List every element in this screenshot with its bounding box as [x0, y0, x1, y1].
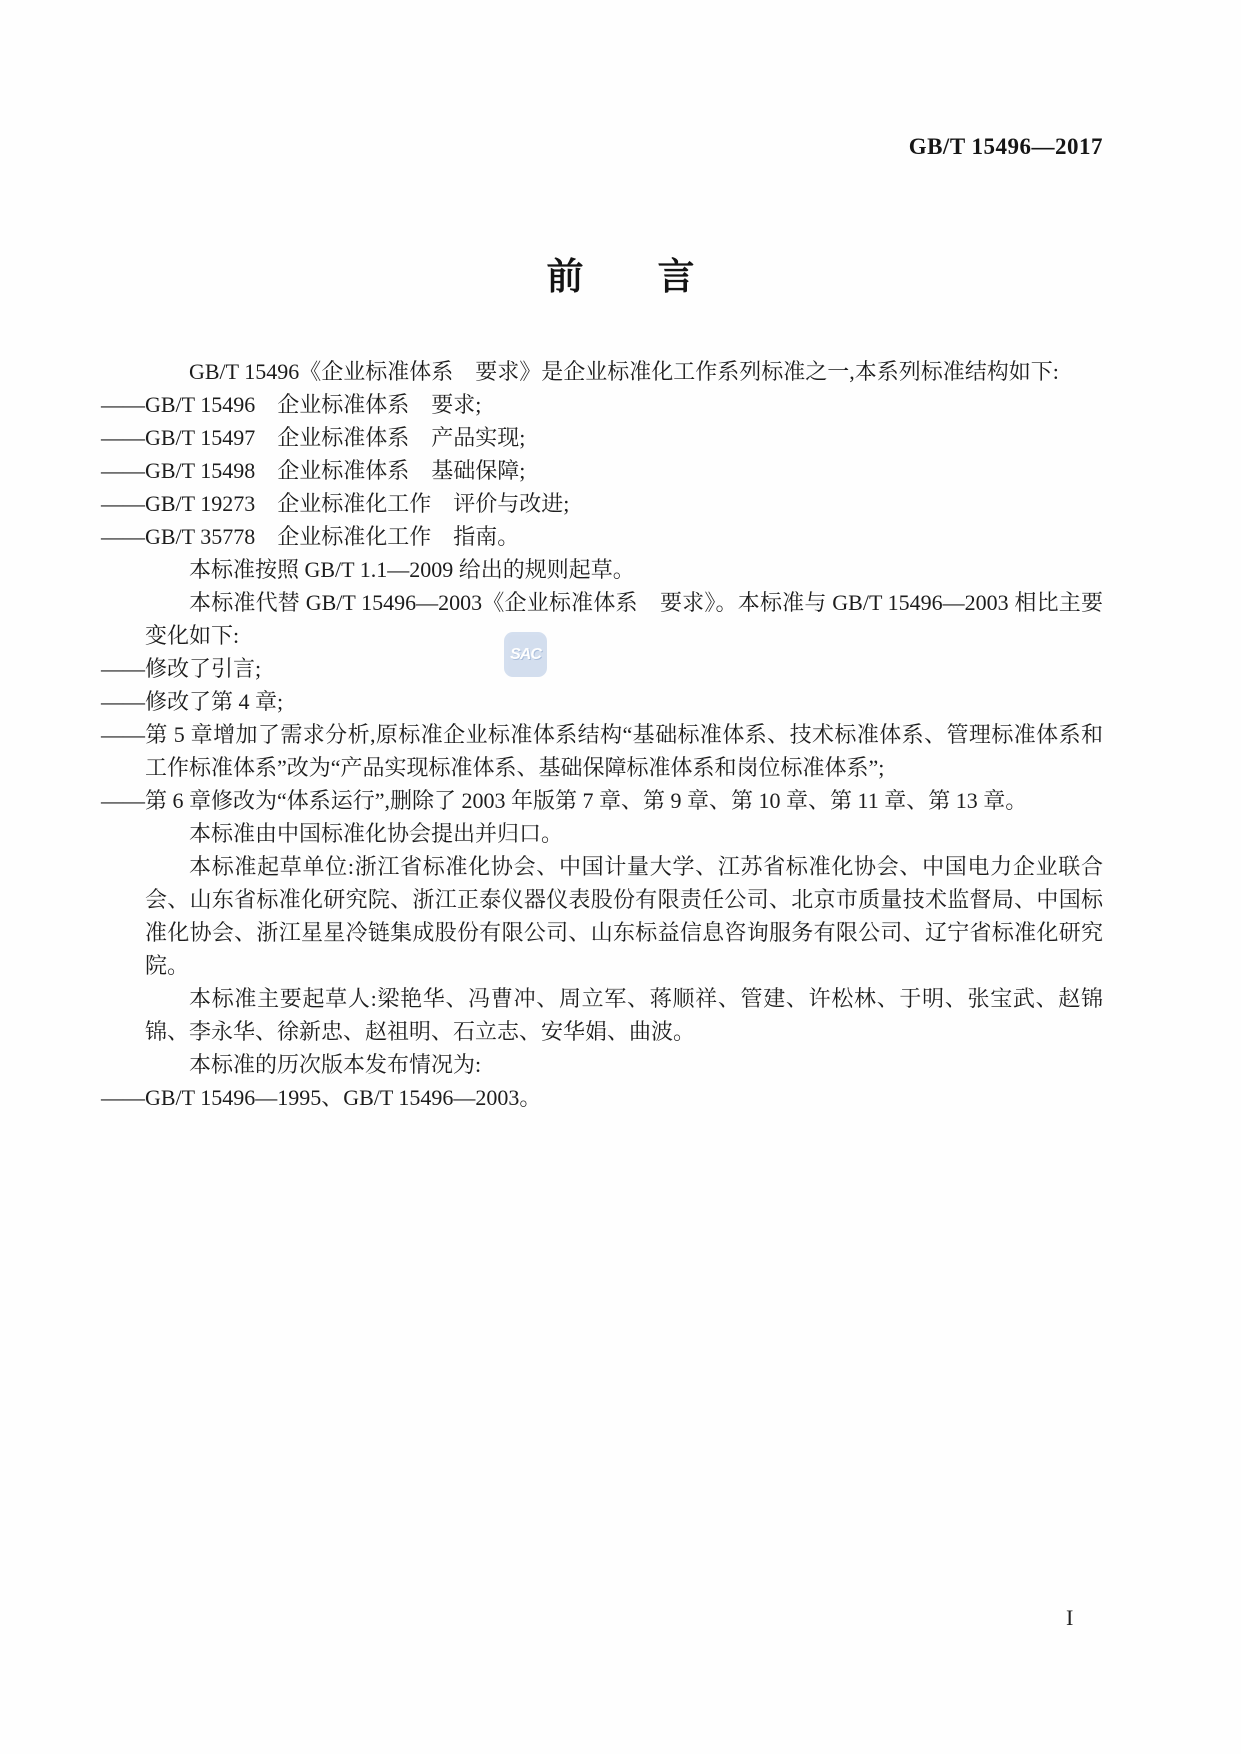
drafting-units-paragraph: 本标准起草单位:浙江省标准化协会、中国计量大学、江苏省标准化协会、中国电力企业联… — [145, 850, 1103, 982]
series-item-15498: ——GB/T 15498 企业标准体系 基础保障; — [145, 454, 1103, 487]
page-title: 前 言 — [0, 246, 1241, 300]
drafting-rule-paragraph: 本标准按照 GB/T 1.1—2009 给出的规则起草。 — [145, 553, 1103, 586]
series-item-19273: ——GB/T 19273 企业标准化工作 评价与改进; — [145, 487, 1103, 520]
change-item-chapter5: ——第 5 章增加了需求分析,原标准企业标准体系结构“基础标准体系、技术标准体系… — [145, 718, 1103, 784]
series-item-15497: ——GB/T 15497 企业标准体系 产品实现; — [145, 421, 1103, 454]
document-page: GB/T 15496—2017 前 言 SAC GB/T 15496《企业标准体… — [0, 0, 1241, 1754]
change-item-chapter6: ——第 6 章修改为“体系运行”,删除了 2003 年版第 7 章、第 9 章、… — [145, 784, 1103, 817]
series-item-15496: ——GB/T 15496 企业标准体系 要求; — [145, 388, 1103, 421]
intro-paragraph: GB/T 15496《企业标准体系 要求》是企业标准化工作系列标准之一,本系列标… — [145, 355, 1103, 388]
page-footer: I — [1066, 1605, 1073, 1631]
page-number: I — [1066, 1605, 1073, 1630]
replacement-paragraph: 本标准代替 GB/T 15496—2003《企业标准体系 要求》。本标准与 GB… — [145, 586, 1103, 652]
document-body: GB/T 15496《企业标准体系 要求》是企业标准化工作系列标准之一,本系列标… — [145, 355, 1103, 1114]
series-item-35778: ——GB/T 35778 企业标准化工作 指南。 — [145, 520, 1103, 553]
proposer-paragraph: 本标准由中国标准化协会提出并归口。 — [145, 817, 1103, 850]
change-item-introduction: ——修改了引言; — [145, 652, 1103, 685]
previous-editions-lead: 本标准的历次版本发布情况为: — [145, 1048, 1103, 1081]
page-header: GB/T 15496—2017 — [145, 134, 1103, 160]
standard-code: GB/T 15496—2017 — [909, 134, 1103, 159]
drafters-paragraph: 本标准主要起草人:梁艳华、冯曹冲、周立军、蒋顺祥、管建、许松林、于明、张宝武、赵… — [145, 982, 1103, 1048]
previous-editions-item: ——GB/T 15496—1995、GB/T 15496—2003。 — [145, 1081, 1103, 1114]
change-item-chapter4: ——修改了第 4 章; — [145, 685, 1103, 718]
